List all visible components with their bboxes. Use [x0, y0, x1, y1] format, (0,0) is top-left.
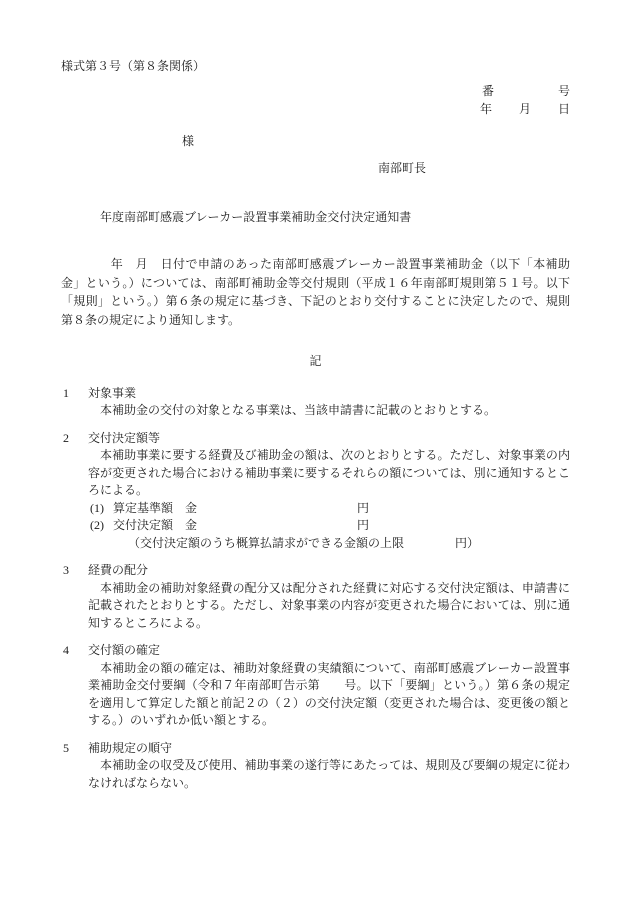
- item-heading: 交付額の確定: [88, 642, 570, 660]
- sub-item-label: (1): [90, 500, 113, 518]
- list-item-5: 5 補助規定の順守 本補助金の収受及び使用、補助事業の遂行等にあたっては、規則及…: [61, 740, 570, 793]
- item-number: 2: [61, 430, 88, 448]
- doc-date-line: 年月日: [61, 100, 570, 119]
- sub-item-name: 算定基準額: [113, 500, 185, 518]
- item-head: 3 経費の配分: [61, 562, 570, 580]
- item-heading: 対象事業: [88, 385, 570, 403]
- note-text: （交付決定額のうち概算払請求ができる金額の上限: [128, 536, 404, 550]
- amount-unit: 円: [357, 500, 369, 518]
- sender-name: 南部町長: [378, 161, 426, 175]
- advance-payment-note: （交付決定額のうち概算払請求ができる金額の上限円）: [128, 535, 570, 553]
- item-list: 1 対象事業 本補助金の交付の対象となる事業は、当該申請書に記載のとおりとする。…: [61, 385, 570, 793]
- item-head: 5 補助規定の順守: [61, 740, 570, 758]
- amount-blank: [197, 500, 357, 518]
- item-number: 3: [61, 562, 88, 580]
- item-body: 本補助金の額の確定は、補助対象経費の実績額について、南部町感震ブレーカー設置事業…: [88, 660, 570, 730]
- doc-number-label: 番: [482, 84, 494, 98]
- doc-number-line: 番号: [61, 82, 570, 101]
- list-item-2: 2 交付決定額等 本補助事業に要する経費及び補助金の額は、次のとおりとする。ただ…: [61, 430, 570, 553]
- date-month-label: 月: [519, 102, 531, 116]
- item-number: 4: [61, 642, 88, 660]
- form-number: 様式第３号（第８条関係）: [61, 57, 570, 76]
- amount-prefix: 金: [185, 517, 197, 535]
- list-item-1: 1 対象事業 本補助金の交付の対象となる事業は、当該申請書に記載のとおりとする。: [61, 385, 570, 420]
- item-number: 5: [61, 740, 88, 758]
- item-number: 1: [61, 385, 88, 403]
- item-head: 1 対象事業: [61, 385, 570, 403]
- item-head: 4 交付額の確定: [61, 642, 570, 660]
- record-marker: 記: [61, 352, 570, 371]
- list-item-4: 4 交付額の確定 本補助金の額の確定は、補助対象経費の実績額について、南部町感震…: [61, 642, 570, 730]
- item-heading: 補助規定の順守: [88, 740, 570, 758]
- item-heading: 経費の配分: [88, 562, 570, 580]
- addressee-suffix: 様: [182, 134, 194, 148]
- item-head: 2 交付決定額等: [61, 430, 570, 448]
- document-page: 様式第３号（第８条関係） 番号 年月日 様 南部町長 年度南部町感震ブレーカー設…: [0, 0, 630, 903]
- sub-item-name: 交付決定額: [113, 517, 185, 535]
- item-body: 本補助金の収受及び使用、補助事業の遂行等にあたっては、規則及び要綱の規定に従わな…: [88, 757, 570, 792]
- item-body: 本補助事業に要する経費及び補助金の額は、次のとおりとする。ただし、対象事業の内容…: [88, 447, 570, 500]
- date-year-label: 年: [480, 102, 492, 116]
- sub-item-base-amount: (1) 算定基準額 金 円: [90, 500, 570, 518]
- sender-line: 南部町長: [61, 159, 570, 178]
- sub-item-decided-amount: (2) 交付決定額 金 円: [90, 517, 570, 535]
- date-day-label: 日: [558, 102, 570, 116]
- sub-item-label: (2): [90, 517, 113, 535]
- addressee-line: 様: [61, 132, 570, 151]
- list-item-3: 3 経費の配分 本補助金の補助対象経費の配分又は配分された経費に対応する交付決定…: [61, 562, 570, 632]
- item-body: 本補助金の補助対象経費の配分又は配分された経費に対応する交付決定額は、申請書に記…: [88, 580, 570, 633]
- note-unit: 円）: [455, 536, 479, 550]
- doc-number-unit: 号: [558, 84, 570, 98]
- amount-blank: [197, 517, 357, 535]
- amount-prefix: 金: [185, 500, 197, 518]
- item-body: 本補助金の交付の対象となる事業は、当該申請書に記載のとおりとする。: [88, 402, 570, 420]
- item-heading: 交付決定額等: [88, 430, 570, 448]
- document-title: 年度南部町感震ブレーカー設置事業補助金交付決定通知書: [61, 208, 570, 227]
- amount-unit: 円: [357, 517, 369, 535]
- intro-paragraph: 年 月 日付で申請のあった南部町感震ブレーカー設置事業補助金（以下「本補助金」と…: [61, 255, 570, 329]
